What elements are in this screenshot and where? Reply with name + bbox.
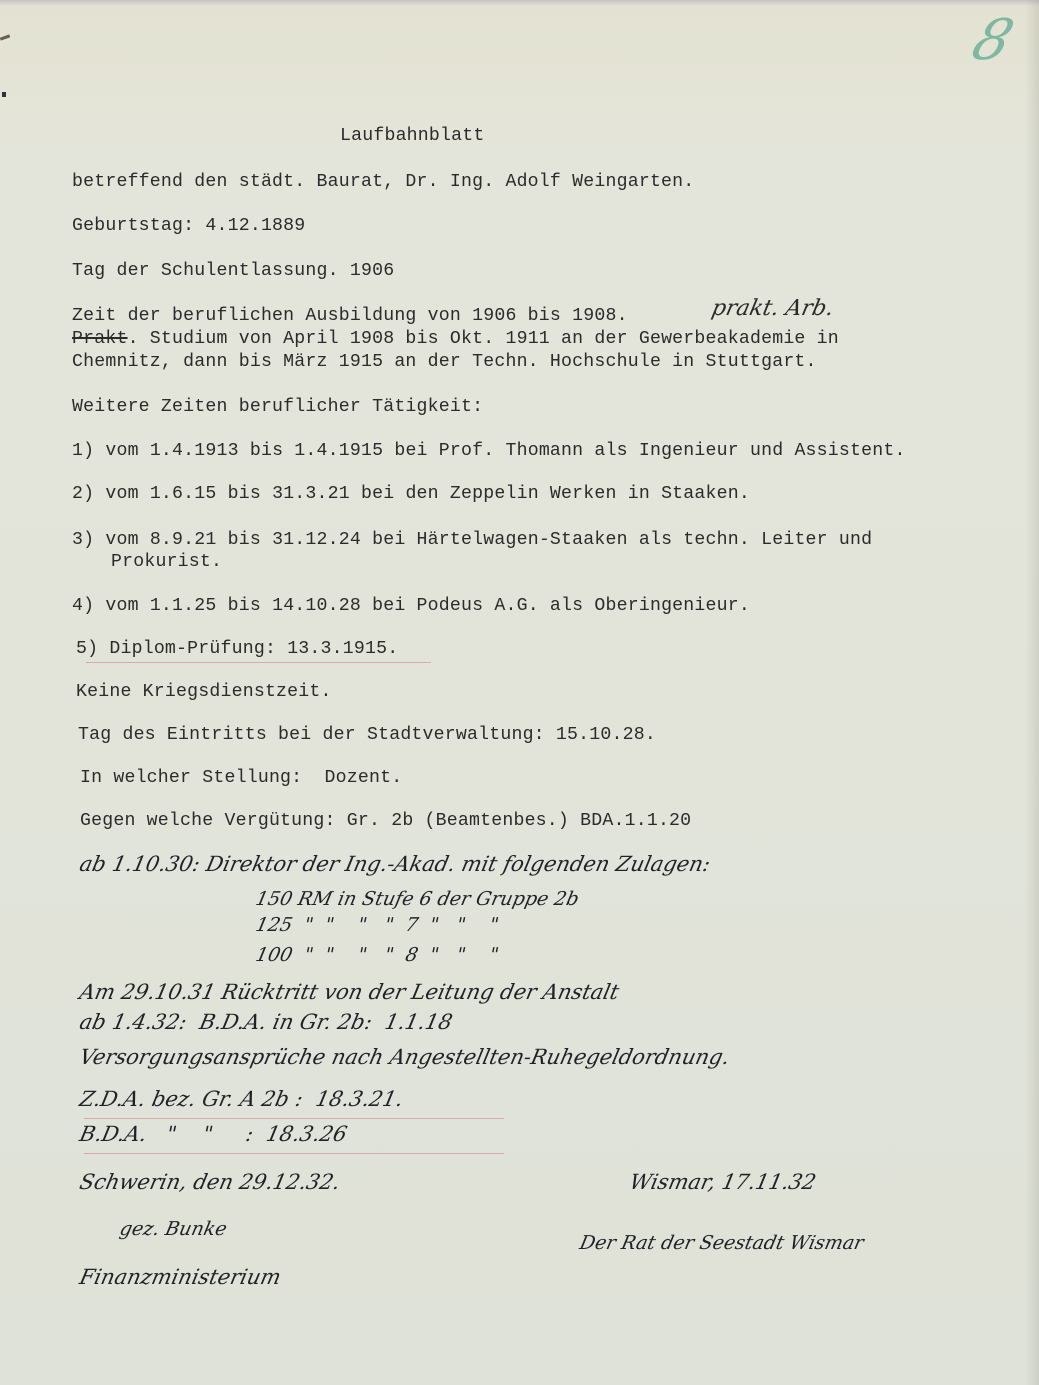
position-line: In welcher Stellung: Dozent. bbox=[80, 768, 402, 788]
item-number: 1) bbox=[72, 441, 94, 461]
item-text: vom 8.9.21 bis 31.12.24 bei Härtelwagen-… bbox=[105, 530, 872, 550]
signature-right: Der Rat der Seestadt Wismar bbox=[578, 1232, 866, 1254]
red-underline bbox=[84, 1153, 504, 1154]
birthday-line: Geburtstag: 4.12.1889 bbox=[72, 216, 305, 236]
place-date-right: Wismar, 17.11.32 bbox=[627, 1170, 818, 1194]
page-right-shadow bbox=[1025, 0, 1039, 1385]
document-page: 8 Laufbahnblatt betreffend den städt. Ba… bbox=[0, 0, 1039, 1385]
handwritten-line-5: Am 29.10.31 Rücktritt von der Leitung de… bbox=[77, 980, 621, 1004]
item-text: vom 1.1.25 bis 14.10.28 bei Podeus A.G. … bbox=[105, 596, 750, 616]
training-line-2-rest: . Studium von April 1908 bis Okt. 1911 a… bbox=[128, 329, 839, 349]
struck-word: Prakt bbox=[72, 329, 128, 349]
item-number: 4) bbox=[72, 596, 94, 616]
handwritten-line-6: ab 1.4.32: B.D.A. in Gr. 2b: 1.1.18 bbox=[77, 1010, 454, 1034]
handwritten-line-2: 150 RM in Stufe 6 der Gruppe 2b bbox=[254, 888, 581, 910]
military-line: Keine Kriegsdienstzeit. bbox=[76, 682, 332, 702]
training-line-2: Prakt. Studium von April 1908 bis Okt. 1… bbox=[72, 329, 839, 349]
salary-line: Gegen welche Vergütung: Gr. 2b (Beamtenb… bbox=[80, 811, 691, 831]
item-text: vom 1.4.1913 bis 1.4.1915 bei Prof. Thom… bbox=[105, 441, 905, 461]
handwritten-line-4: 100 " " " " 8 " " " bbox=[254, 944, 501, 966]
career-item-1: 1) vom 1.4.1913 bis 1.4.1915 bei Prof. T… bbox=[72, 441, 906, 461]
item-text: Diplom-Prüfung: 13.3.1915. bbox=[109, 639, 398, 659]
career-item-3-cont: Prokurist. bbox=[111, 552, 222, 572]
handwritten-line-7: Versorgungsansprüche nach Angestellten-R… bbox=[77, 1045, 731, 1069]
training-line-1: Zeit der beruflichen Ausbildung von 1906… bbox=[72, 306, 628, 326]
training-line-3: Chemnitz, dann bis März 1915 an der Tech… bbox=[72, 352, 817, 372]
margin-dot bbox=[2, 92, 6, 97]
career-item-4: 4) vom 1.1.25 bis 14.10.28 bei Podeus A.… bbox=[72, 596, 750, 616]
red-underline bbox=[86, 662, 431, 663]
further-heading: Weitere Zeiten beruflicher Tätigkeit: bbox=[72, 397, 483, 417]
subject-line: betreffend den städt. Baurat, Dr. Ing. A… bbox=[72, 172, 694, 192]
handwritten-line-9: B.D.A. " " : 18.3.26 bbox=[77, 1122, 349, 1146]
handwritten-line-8: Z.D.A. bez. Gr. A 2b : 18.3.21. bbox=[77, 1087, 405, 1111]
item-text: vom 1.6.15 bis 31.3.21 bei den Zeppelin … bbox=[105, 484, 750, 504]
signed-left: gez. Bunke bbox=[118, 1218, 229, 1240]
page-number-pencil: 8 bbox=[964, 8, 1021, 73]
item-number: 5) bbox=[76, 639, 98, 659]
red-underline bbox=[84, 1118, 504, 1119]
training-annotation: prakt. Arb. bbox=[709, 296, 836, 321]
career-item-5: 5) Diplom-Prüfung: 13.3.1915. bbox=[76, 639, 398, 659]
school-leaving-line: Tag der Schulentlassung. 1906 bbox=[72, 261, 394, 281]
margin-mark bbox=[0, 34, 10, 40]
item-number: 3) bbox=[72, 530, 94, 550]
item-number: 2) bbox=[72, 484, 94, 504]
career-item-2: 2) vom 1.6.15 bis 31.3.21 bei den Zeppel… bbox=[72, 484, 750, 504]
handwritten-line-3: 125 " " " " 7 " " " bbox=[254, 914, 501, 936]
career-item-3: 3) vom 8.9.21 bis 31.12.24 bei Härtelwag… bbox=[72, 530, 872, 550]
document-title: Laufbahnblatt bbox=[340, 126, 485, 146]
page-top-edge bbox=[0, 0, 1039, 6]
entry-date-line: Tag des Eintritts bei der Stadtverwaltun… bbox=[78, 725, 656, 745]
handwritten-line-1: ab 1.10.30: Direktor der Ing.-Akad. mit … bbox=[77, 852, 712, 876]
signature-left: Finanzministerium bbox=[77, 1265, 283, 1289]
place-date-left: Schwerin, den 29.12.32. bbox=[77, 1170, 342, 1194]
